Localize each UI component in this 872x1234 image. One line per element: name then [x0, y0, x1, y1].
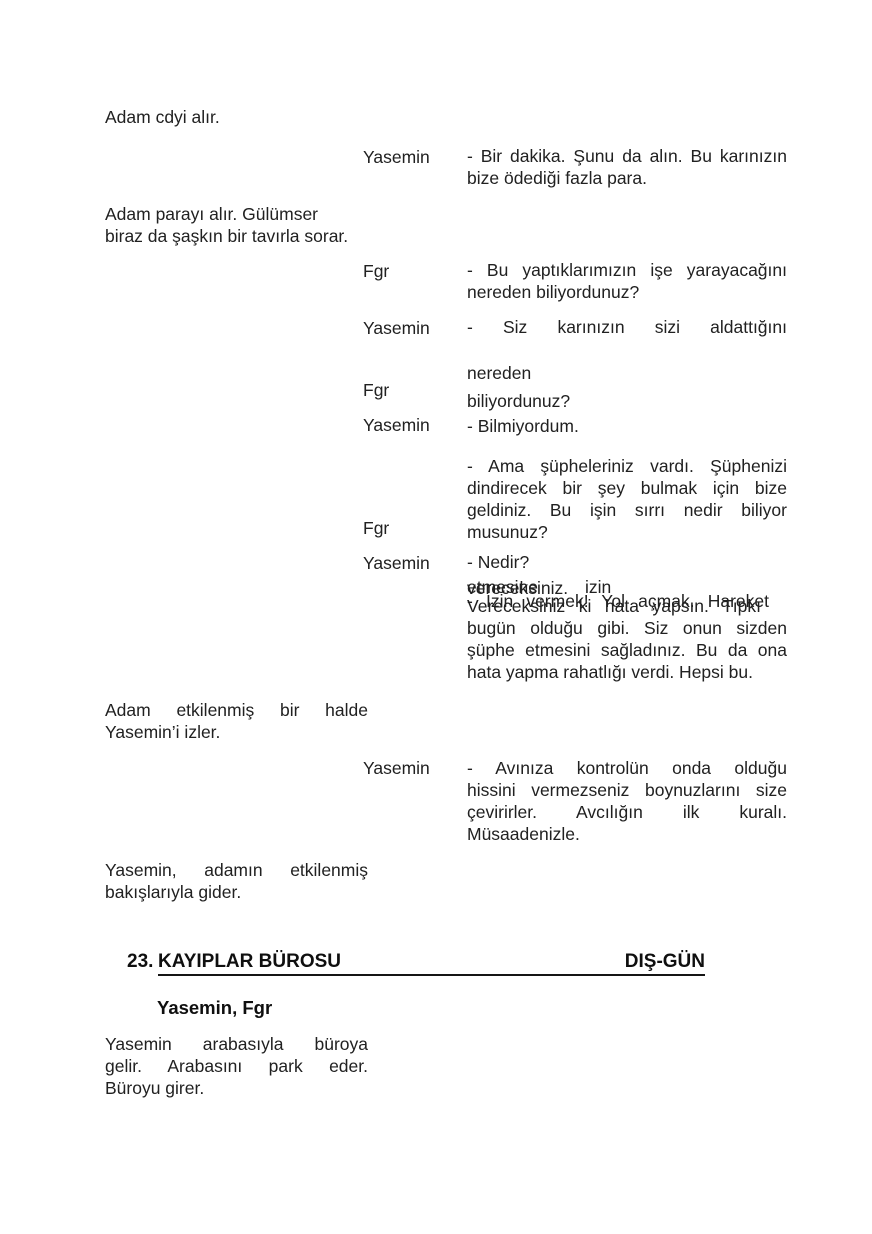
action-line: Adam cdyi alır. [105, 106, 368, 128]
dialogue-line: hata yapma rahatlığı verdi. Hepsi bu. [467, 661, 787, 683]
action-line: biraz da şaşkın bir tavırla sorar. [105, 225, 368, 247]
dialogue-line: - Siz karınızın sizi aldattığını [467, 316, 787, 338]
action-line: Yasemin’i izler. [105, 721, 368, 743]
scene-title: KAYIPLAR BÜROSU [158, 951, 341, 973]
speaker-label: Fgr [363, 260, 463, 282]
dialogue-line: şüphe etmesini sağladınız. Bu da ona [467, 639, 787, 661]
dialogue-block: - Bilmiyordum. [467, 415, 787, 437]
speaker-label: Fgr [363, 379, 463, 401]
scene-time: DIŞ-GÜN [625, 951, 705, 973]
action-paragraph: Yasemin arabasıyla büroya gelir. Arabası… [105, 1033, 368, 1099]
script-document-page: Adam cdyi alır. Yasemin - Bir dakika. Şu… [0, 0, 872, 1234]
dialogue-line: - Nedir? [467, 551, 529, 573]
dialogue-continuation: bugün olduğu gibi. Siz onun sizden şüphe… [467, 617, 787, 683]
glitch-text-fragment: Vereceksiniz ki hata yapsın. Tıpkı [467, 595, 761, 617]
speaker-label: Fgr [363, 517, 463, 539]
dialogue-line: dindirecek bir şey bulmak için bize [467, 477, 787, 499]
dialogue-line: çevirirler. Avcılığın ilk kuralı. [467, 801, 787, 823]
dialogue-line: nereden [467, 362, 787, 384]
action-line: Adam parayı alır. Gülümser [105, 203, 368, 225]
action-line: Büroyu girer. [105, 1077, 368, 1099]
dialogue-line: - Avınıza kontrolün onda olduğu [467, 757, 787, 779]
dialogue-block-glitched: - Nedir? etmesine izin vereceksiniz. - İ… [467, 551, 787, 681]
dialogue-line: nereden biliyordunuz? [467, 281, 787, 303]
dialogue-line: musunuz? [467, 521, 787, 543]
dialogue-block: - Ama şüpheleriniz vardı. Şüphenizi dind… [467, 455, 787, 543]
dialogue-line: geldiniz. Bu işin sırrı nedir biliyor [467, 499, 787, 521]
action-line: Yasemin arabasıyla büroya [105, 1033, 368, 1055]
speaker-label: Yasemin [363, 146, 463, 168]
action-line: gelir. Arabasını park eder. [105, 1055, 368, 1077]
dialogue-line: bize ödediği fazla para. [467, 167, 787, 189]
speaker-label: Yasemin [363, 757, 463, 779]
dialogue-block: - Siz karınızın sizi aldattığını [467, 316, 787, 338]
action-paragraph: Adam parayı alır. Gülümser biraz da şaşk… [105, 203, 368, 247]
scene-title-rule: KAYIPLAR BÜROSU DIŞ-GÜN [158, 951, 705, 976]
speaker-label: Yasemin [363, 414, 463, 436]
speaker-label: Yasemin [363, 552, 463, 574]
dialogue-block: - Bu yaptıklarımızın işe yarayacağını ne… [467, 259, 787, 303]
action-line: Adam etkilenmiş bir halde [105, 699, 368, 721]
scene-heading: 23. KAYIPLAR BÜROSU DIŞ-GÜN [0, 951, 872, 977]
dialogue-line: hissini vermezseniz boynuzlarını size [467, 779, 787, 801]
action-paragraph: Adam cdyi alır. [105, 106, 368, 128]
dialogue-line: biliyordunuz? [467, 390, 787, 412]
scene-cast: Yasemin, Fgr [157, 997, 272, 1019]
action-paragraph: Yasemin, adamın etkilenmiş bakışlarıyla … [105, 859, 368, 903]
dialogue-block: nereden biliyordunuz? [467, 362, 787, 418]
dialogue-line: - Bilmiyordum. [467, 415, 787, 437]
dialogue-line: - Bir dakika. Şunu da alın. Bu karınızın [467, 145, 787, 167]
dialogue-block: - Avınıza kontrolün onda olduğu hissini … [467, 757, 787, 845]
dialogue-line: - Ama şüpheleriniz vardı. Şüphenizi [467, 455, 787, 477]
speaker-label: Yasemin [363, 317, 463, 339]
dialogue-line: - Bu yaptıklarımızın işe yarayacağını [467, 259, 787, 281]
dialogue-line: bugün olduğu gibi. Siz onun sizden [467, 617, 787, 639]
scene-number: 23. [127, 951, 153, 973]
action-line: Yasemin, adamın etkilenmiş [105, 859, 368, 881]
action-line: bakışlarıyla gider. [105, 881, 368, 903]
dialogue-line: Müsaadenizle. [467, 823, 787, 845]
action-paragraph: Adam etkilenmiş bir halde Yasemin’i izle… [105, 699, 368, 743]
dialogue-block: - Bir dakika. Şunu da alın. Bu karınızın… [467, 145, 787, 189]
